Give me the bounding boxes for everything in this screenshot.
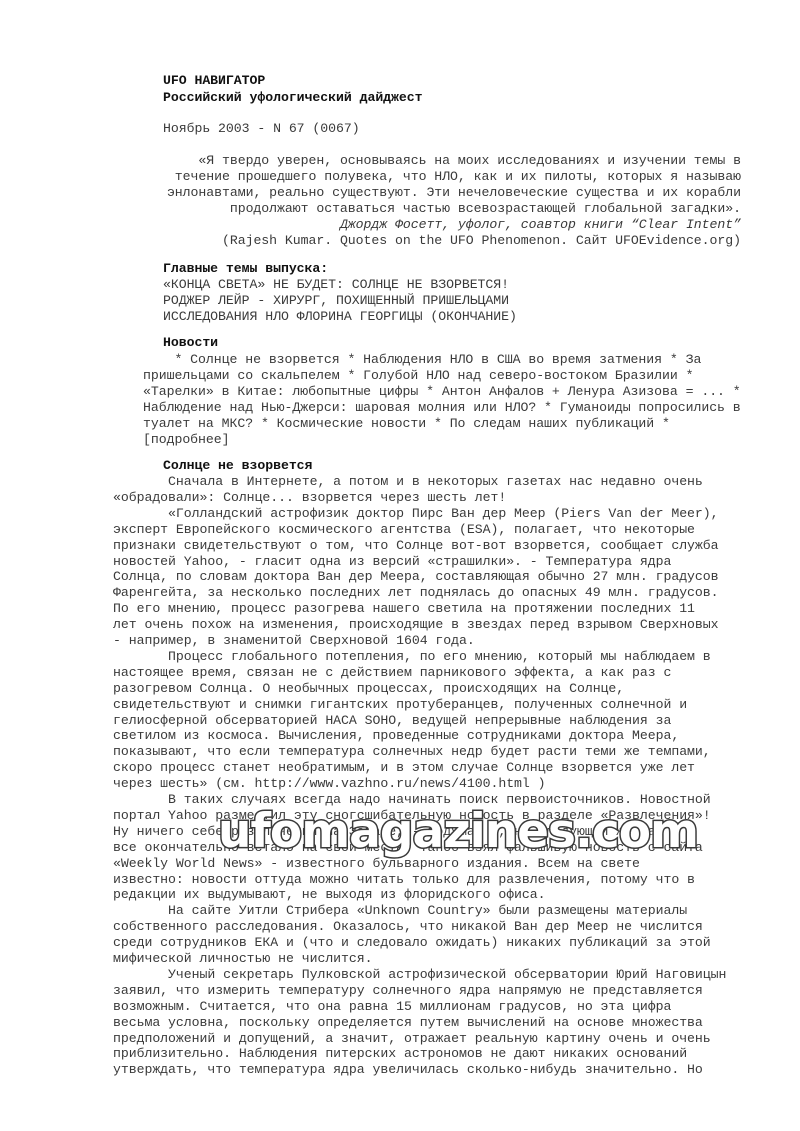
document-page: UFO НАВИГАТОР Российский уфологический д…: [0, 0, 800, 1131]
article-line: «Голландский астрофизик доктор Пирс Ван …: [113, 506, 719, 522]
article-line: Сначала в Интернете, а потом и в некотор…: [113, 474, 703, 490]
news-line: * Солнце не взорвется * Наблюдения НЛО в…: [143, 352, 701, 368]
topic-item: РОДЖЕР ЛЕЙР - ХИРУРГ, ПОХИЩЕННЫЙ ПРИШЕЛЬ…: [163, 293, 509, 309]
publication-title: UFO НАВИГАТОР: [163, 73, 265, 89]
article-line: редакции их выдумывают, не выходя из фло…: [113, 887, 546, 903]
article-line: эксперт Европейского космического агентс…: [113, 522, 695, 538]
article-line: показывают, что если температура солнечн…: [113, 744, 711, 760]
epigraph-line: течение прошедшего полувека, что НЛО, ка…: [175, 169, 741, 185]
article-line: среди сотрудников ЕКА и (что и следовало…: [113, 935, 711, 951]
article-line: гелиосферной обсерваторией НАСА SOHO, ве…: [113, 713, 671, 729]
news-line: туалет на МКС? * Космические новости * П…: [143, 416, 670, 432]
epigraph-author: Джордж Фосетт, уфолог, соавтор книги “Cl…: [340, 217, 741, 233]
article-line: - например, в знаменитой Сверхновой 1604…: [113, 633, 475, 649]
news-line: «Тарелки» в Китае: любопытные цифры * Ан…: [143, 384, 741, 400]
issue-info: Ноябрь 2003 - N 67 (0067): [163, 121, 360, 137]
publication-subtitle: Российский уфологический дайджест: [163, 90, 423, 106]
article-line: скоро процесс станет необратимым, и в эт…: [113, 760, 695, 776]
article-line: Фаренгейта, за несколько последних лет п…: [113, 585, 719, 601]
article-line: признаки свидетельствуют о том, что Солн…: [113, 538, 719, 554]
article-line: новостей Yahoo, - гласит одна из версий …: [113, 554, 671, 570]
article-line: На сайте Уитли Стрибера «Unknown Country…: [113, 903, 687, 919]
news-line: пришельцами со скальпелем * Голубой НЛО …: [143, 368, 693, 384]
topic-item: ИССЛЕДОВАНИЯ НЛО ФЛОРИНА ГЕОРГИЦЫ (ОКОНЧ…: [163, 309, 517, 325]
article-line: заявил, что измерить температуру солнечн…: [113, 983, 703, 999]
article-line: свидетельствуют и снимки гигантских прот…: [113, 697, 687, 713]
article-line: лет очень похож на изменения, происходящ…: [113, 617, 719, 633]
article-line: Ученый секретарь Пулковской астрофизичес…: [113, 967, 726, 983]
article-line: «обрадовали»: Солнце... взорвется через …: [113, 490, 506, 506]
article-line: По его мнению, процесс разогрева нашего …: [113, 601, 695, 617]
article-line: Солнца, по словам доктора Ван дер Меера,…: [113, 569, 719, 585]
article-line: разогревом Солнца. О необычных процессах…: [113, 681, 624, 697]
topics-heading: Главные темы выпуска:: [163, 261, 328, 277]
article-line: настоящее время, связан не с действием п…: [113, 665, 671, 681]
article-line: весьма условна, поскольку определяется п…: [113, 1015, 703, 1031]
article-line: через шесть» (см. http://www.vazhno.ru/n…: [113, 776, 546, 792]
topic-item: «КОНЦА СВЕТА» НЕ БУДЕТ: СОЛНЦЕ НЕ ВЗОРВЕ…: [163, 277, 509, 293]
more-link[interactable]: [подробнее]: [143, 432, 230, 448]
epigraph-line: энлонавтами, реально существуют. Эти неч…: [167, 185, 741, 201]
article-heading: Солнце не взорвется: [163, 458, 312, 474]
article-line: собственного расследования. Оказалось, ч…: [113, 919, 703, 935]
article-line: утверждать, что температура ядра увеличи…: [113, 1062, 703, 1078]
article-line: предположений и допущений, а значит, отр…: [113, 1031, 711, 1047]
article-line: Процесс глобального потепления, по его м…: [113, 649, 711, 665]
watermark: ufomagazines.com: [218, 808, 698, 855]
news-line: Наблюдение над Нью-Джерси: шаровая молни…: [143, 400, 741, 416]
epigraph-line: «Я твердо уверен, основываясь на моих ис…: [198, 153, 741, 169]
news-heading: Новости: [163, 335, 218, 351]
article-line: мифической личностью не числится.: [113, 951, 373, 967]
article-line: известно: новости оттуда можно читать то…: [113, 872, 695, 888]
article-line: светилом из космоса. Вычисления, проведе…: [113, 728, 679, 744]
epigraph-source: (Rajesh Kumar. Quotes on the UFO Phenome…: [222, 233, 741, 249]
article-line: возможным. Считается, что она равна 15 м…: [113, 999, 671, 1015]
epigraph-line: продолжают оставаться частью всевозраста…: [230, 201, 741, 217]
article-line: приблизительно. Наблюдения питерских аст…: [113, 1046, 687, 1062]
